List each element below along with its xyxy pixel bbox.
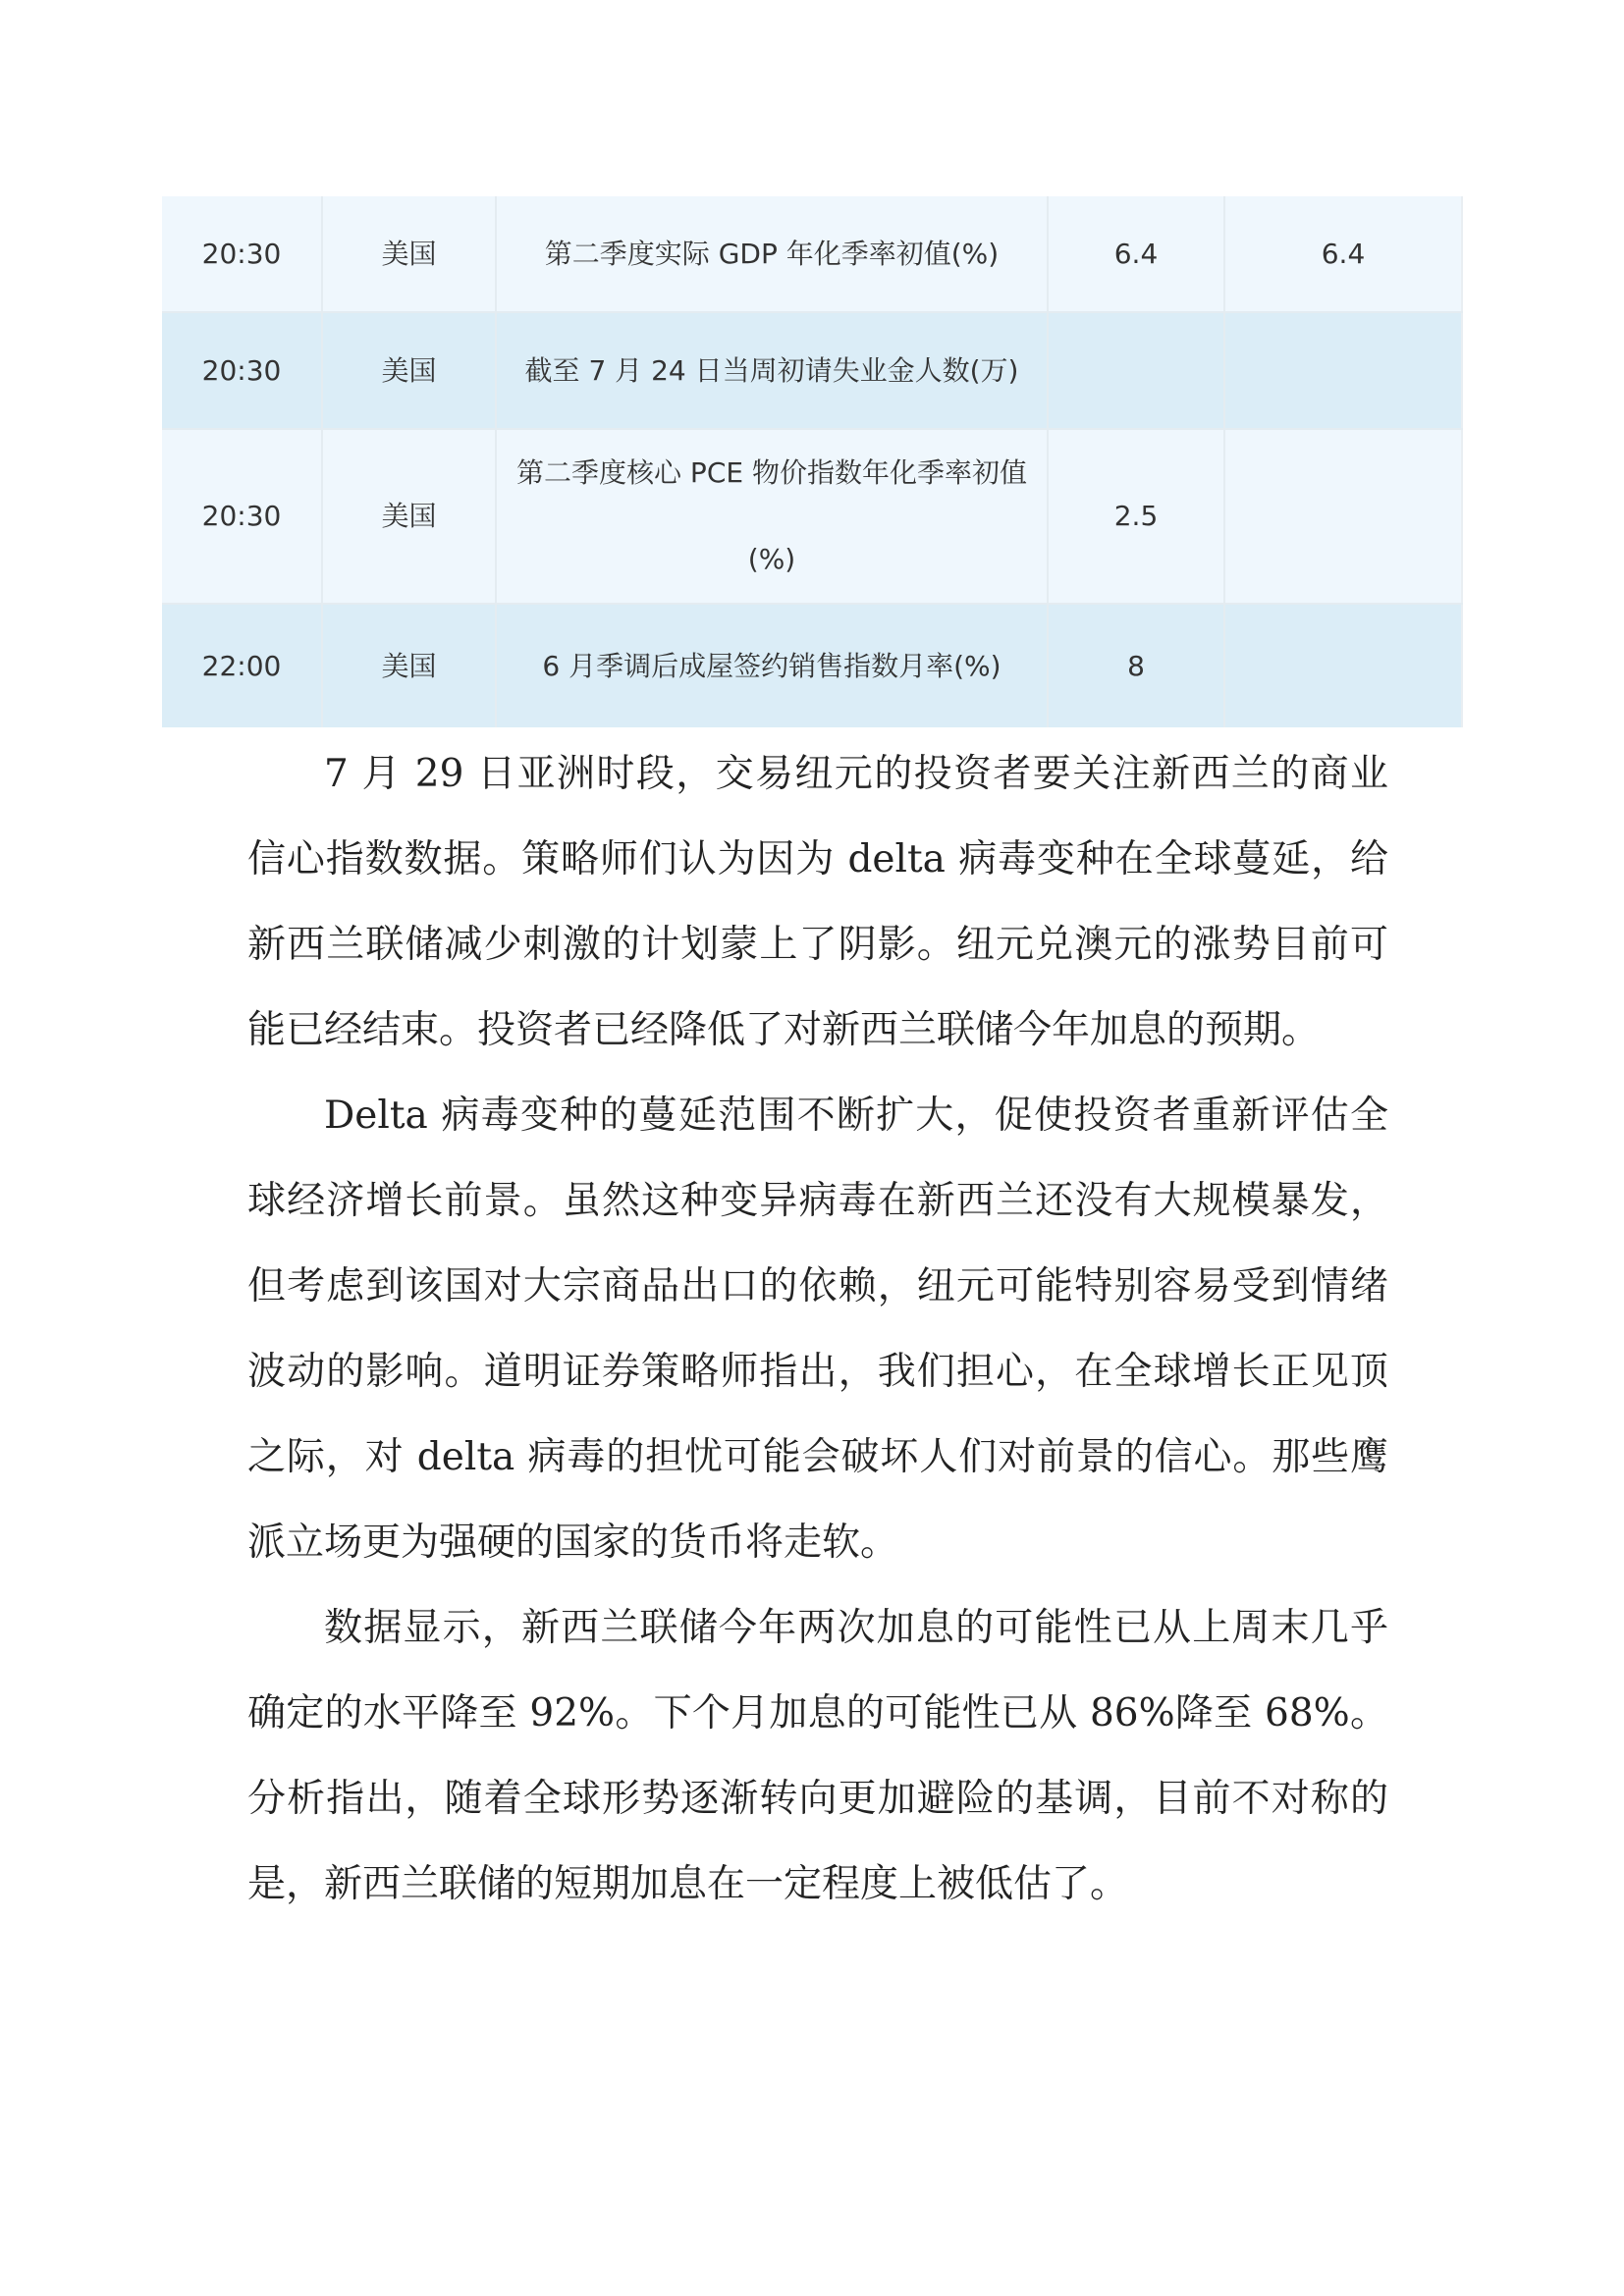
economic-calendar-table: 20:30 美国 第二季度实际 GDP 年化季率初值(%) 6.4 6.4 20…: [162, 196, 1463, 727]
forecast-value-cell: [1224, 604, 1462, 727]
table-row: 20:30 美国 截至 7 月 24 日当周初请失业金人数(万): [162, 312, 1462, 429]
time-cell: 22:00: [162, 604, 322, 727]
previous-value-cell: [1048, 312, 1224, 429]
previous-value-cell: 6.4: [1048, 196, 1224, 312]
time-cell: 20:30: [162, 312, 322, 429]
table-row: 20:30 美国 第二季度实际 GDP 年化季率初值(%) 6.4 6.4: [162, 196, 1462, 312]
country-cell: 美国: [322, 429, 496, 604]
previous-value-cell: 2.5: [1048, 429, 1224, 604]
event-cell: 第二季度实际 GDP 年化季率初值(%): [496, 196, 1048, 312]
forecast-value-cell: 6.4: [1224, 196, 1462, 312]
time-cell: 20:30: [162, 429, 322, 604]
previous-value-cell: 8: [1048, 604, 1224, 727]
country-cell: 美国: [322, 196, 496, 312]
paragraph-rate-hike-odds: 数据显示，新西兰联储今年两次加息的可能性已从上周末几乎确定的水平降至 92%。下…: [247, 1585, 1388, 1927]
event-cell: 6 月季调后成屋签约销售指数月率(%): [496, 604, 1048, 727]
paragraph-delta-variant: Delta 病毒变种的蔓延范围不断扩大，促使投资者重新评估全球经济增长前景。虽然…: [247, 1073, 1388, 1585]
forecast-value-cell: [1224, 312, 1462, 429]
time-cell: 20:30: [162, 196, 322, 312]
country-cell: 美国: [322, 604, 496, 727]
event-cell: 第二季度核心 PCE 物价指数年化季率初值(%): [496, 429, 1048, 604]
event-cell: 截至 7 月 24 日当周初请失业金人数(万): [496, 312, 1048, 429]
forecast-value-cell: [1224, 429, 1462, 604]
country-cell: 美国: [322, 312, 496, 429]
paragraph-nzd-business-confidence: 7 月 29 日亚洲时段，交易纽元的投资者要关注新西兰的商业信心指数数据。策略师…: [247, 731, 1388, 1073]
table-row: 20:30 美国 第二季度核心 PCE 物价指数年化季率初值(%) 2.5: [162, 429, 1462, 604]
article-body: 7 月 29 日亚洲时段，交易纽元的投资者要关注新西兰的商业信心指数数据。策略师…: [247, 731, 1388, 1927]
table-row: 22:00 美国 6 月季调后成屋签约销售指数月率(%) 8: [162, 604, 1462, 727]
